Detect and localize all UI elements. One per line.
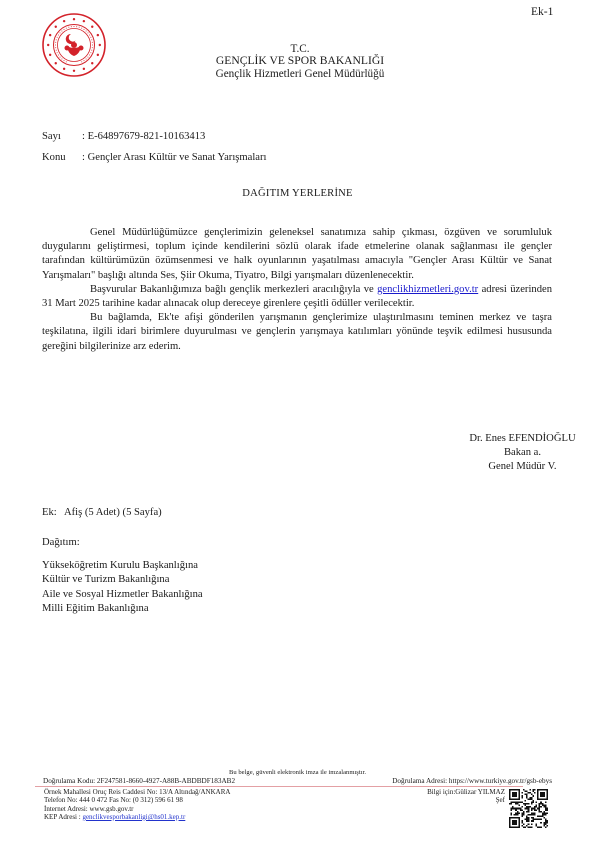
sayi-label: Sayı	[42, 131, 82, 142]
kep-label: KEP Adresi :	[44, 813, 82, 821]
paragraph-3: Bu bağlamda, Ek'te afişi gönderilen yarı…	[42, 311, 552, 354]
list-item: Aile ve Sosyal Hizmetler Bakanlığına	[42, 588, 203, 602]
esign-note: Bu belge, güvenli elektronik imza ile im…	[0, 769, 595, 776]
footer-divider	[35, 786, 523, 787]
signatory-role: Bakan a.	[400, 446, 595, 460]
directorate-name: Gençlik Hizmetleri Genel Müdürlüğü	[150, 68, 450, 80]
phone-fax: Telefon No: 444 0 472 Fas No: (0 312) 59…	[44, 796, 230, 804]
contact-name: Bilgi için:Gülizar YILMAZ	[392, 788, 505, 796]
attachment-label: Ek:	[42, 507, 64, 518]
website-link[interactable]: genclikhizmetleri.gov.tr	[377, 284, 478, 295]
paragraph-2-text: Başvurular Bakanlığımıza bağlı gençlik m…	[90, 284, 377, 295]
subject: Konu: Gençler Arası Kültür ve Sanat Yarı…	[42, 152, 266, 163]
list-item: Kültür ve Turizm Bakanlığına	[42, 573, 203, 587]
konu-value: : Gençler Arası Kültür ve Sanat Yarışmal…	[82, 152, 266, 163]
letterhead: T.C. GENÇLİK VE SPOR BAKANLIĞI Gençlik H…	[150, 43, 450, 80]
signature-block: Dr. Enes EFENDİOĞLU Bakan a. Genel Müdür…	[400, 432, 595, 474]
ministry-name: GENÇLİK VE SPOR BAKANLIĞI	[150, 55, 450, 67]
list-item: Milli Eğitim Bakanlığına	[42, 602, 203, 616]
internet-address: İnternet Adresi: www.gsb.gov.tr	[44, 805, 230, 813]
street-address: Örnek Mahallesi Oruç Reis Caddesi No: 13…	[44, 788, 230, 796]
letter-body: Genel Müdürlüğümüzce gençlerimizin gelen…	[42, 226, 552, 354]
distribution-list: Yükseköğretim Kurulu Başkanlığına Kültür…	[42, 559, 203, 616]
sayi-value: : E-64897679-821-10163413	[82, 131, 205, 142]
reference-number: Sayı: E-64897679-821-10163413	[42, 131, 205, 142]
ministry-seal-icon	[41, 12, 107, 78]
kep-link[interactable]: genclikvesporbakanligi@hs01.kep.tr	[82, 813, 185, 821]
qr-code-icon	[509, 789, 548, 828]
verification-code: Doğrulama Kodu: 2F247581-8660-4927-A88B-…	[43, 777, 235, 785]
distribution-heading: Dağıtım:	[42, 537, 80, 548]
verification-row: Doğrulama Kodu: 2F247581-8660-4927-A88B-…	[43, 777, 552, 785]
attachment-number-label: Ek-1	[531, 6, 553, 18]
addressee-title: DAĞITIM YERLERİNE	[0, 188, 595, 199]
attachment-value: Afiş (5 Adet) (5 Sayfa)	[64, 507, 162, 518]
konu-label: Konu	[42, 152, 82, 163]
contact-person: Bilgi için:Gülizar YILMAZ Şef	[392, 788, 505, 805]
kep-address: KEP Adresi : genclikvesporbakanligi@hs01…	[44, 813, 230, 821]
list-item: Yükseköğretim Kurulu Başkanlığına	[42, 559, 203, 573]
verification-address: Doğrulama Adresi: https://www.turkiye.go…	[392, 777, 552, 785]
contact-address: Örnek Mahallesi Oruç Reis Caddesi No: 13…	[44, 788, 230, 821]
paragraph-1: Genel Müdürlüğümüzce gençlerimizin gelen…	[42, 226, 552, 283]
paragraph-2: Başvurular Bakanlığımıza bağlı gençlik m…	[42, 283, 552, 311]
signatory-name: Dr. Enes EFENDİOĞLU	[400, 432, 595, 446]
signatory-title: Genel Müdür V.	[400, 460, 595, 474]
attachments: Ek:Afiş (5 Adet) (5 Sayfa)	[42, 507, 162, 518]
contact-title: Şef	[392, 796, 505, 804]
